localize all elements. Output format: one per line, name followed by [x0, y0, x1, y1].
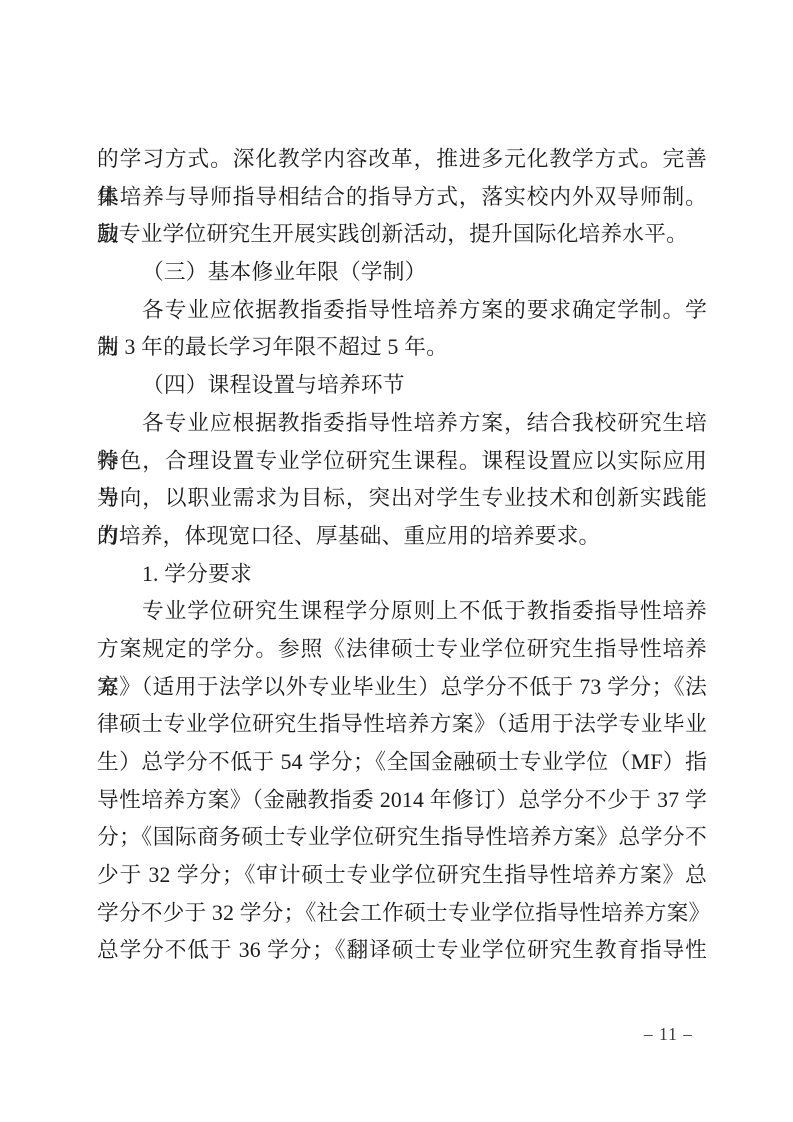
section-heading-three: （三）基本修业年限（学制）: [97, 254, 707, 292]
text-line: 案》（适用于法学以外专业毕业生）总学分不低于 73 学分；《法: [97, 669, 707, 707]
text-line: 生）总学分不低于 54 学分；《全国金融硕士专业学位（MF）指: [97, 744, 707, 782]
text-line: 特色，合理设置专业学位研究生课程。课程设置应以实际应用为: [97, 443, 707, 481]
subsection-heading-credits: 1. 学分要求: [97, 556, 707, 594]
document-page: 的学习方式。深化教学内容改革，推进多元化教学方式。完善集 体培养与导师指导相结合…: [0, 0, 793, 1122]
text-line: 的学习方式。深化教学内容改革，推进多元化教学方式。完善集: [97, 141, 707, 179]
text-line: 分；《国际商务硕士专业学位研究生指导性培养方案》总学分不: [97, 819, 707, 857]
text-block: 的学习方式。深化教学内容改革，推进多元化教学方式。完善集 体培养与导师指导相结合…: [97, 141, 707, 970]
text-line: 总学分不低于 36 学分；《翻译硕士专业学位研究生教育指导性: [97, 932, 707, 970]
text-line: 各专业应根据教指委指导性培养方案，结合我校研究生培养: [97, 405, 707, 443]
text-line: 的培养，体现宽口径、厚基础、重应用的培养要求。: [97, 518, 707, 556]
section-heading-four: （四）课程设置与培养环节: [97, 367, 707, 405]
text-line: 专业学位研究生课程学分原则上不低于教指委指导性培养: [97, 593, 707, 631]
text-line: 为 3 年的最长学习年限不超过 5 年。: [97, 329, 707, 367]
text-line: 励专业学位研究生开展实践创新活动，提升国际化培养水平。: [97, 216, 707, 254]
text-line: 导向，以职业需求为目标，突出对学生专业技术和创新实践能力: [97, 480, 707, 518]
text-line: 方案规定的学分。参照《法律硕士专业学位研究生指导性培养方: [97, 631, 707, 669]
text-line: 律硕士专业学位研究生指导性培养方案》（适用于法学专业毕业: [97, 706, 707, 744]
text-line: 体培养与导师指导相结合的指导方式，落实校内外双导师制。鼓: [97, 179, 707, 217]
text-line: 各专业应依据教指委指导性培养方案的要求确定学制。学制: [97, 292, 707, 330]
text-line: 少于 32 学分；《审计硕士专业学位研究生指导性培养方案》总: [97, 857, 707, 895]
text-line: 学分不少于 32 学分；《社会工作硕士专业学位指导性培养方案》: [97, 895, 707, 933]
text-line: 导性培养方案》（金融教指委 2014 年修订）总学分不少于 37 学: [97, 782, 707, 820]
page-number: – 11 –: [644, 1022, 693, 1046]
